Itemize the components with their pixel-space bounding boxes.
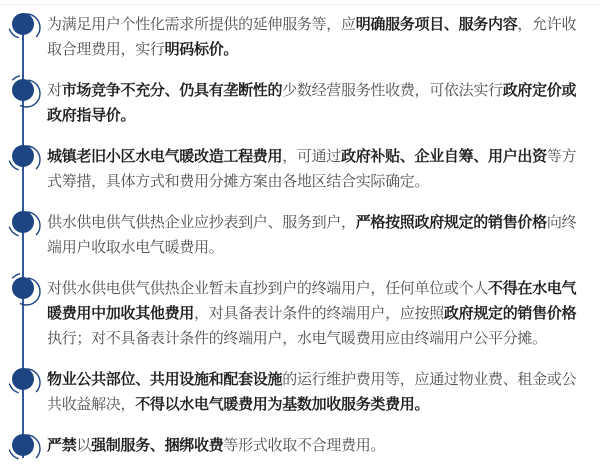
text-segment: ，对具备表计条件的终端用户，应按照 [194, 305, 444, 322]
bullet-dot-icon [7, 429, 47, 469]
timeline-item: 严禁以强制服务、捆绑收费等形式收取不合理费用。 [0, 433, 600, 458]
text-segment-bold: 城镇老旧小区水电气暖改造工程费用 [47, 148, 282, 165]
timeline-bullet [0, 144, 47, 169]
text-segment-bold: 物业公共部位、共用设施和配套设施 [47, 371, 282, 388]
item-text: 供水供电供气供热企业应抄表到户、服务到户，严格按照政府规定的销售价格向终端用户收… [47, 210, 600, 260]
timeline-item: 对市场竞争不充分、仍具有垄断性的少数经营服务性收费，可依法实行政府定价或政府指导… [0, 78, 600, 128]
text-segment: 对供水供电供气供热企业暂未直抄到户的终端用户，任何单位或个人 [47, 280, 488, 297]
text-segment-bold: 不得以水电气暖费用为基数加收服务类费用。 [135, 396, 429, 413]
item-text: 对供水供电供气供热企业暂未直抄到户的终端用户，任何单位或个人不得在水电气暖费用中… [47, 276, 600, 351]
text-segment-bold: 明码标价。 [165, 41, 239, 58]
text-segment-bold: 明确服务项目、服务内容 [356, 16, 518, 33]
text-segment: 以 [76, 437, 91, 454]
text-segment: 为满足用户个性化需求所提供的延伸服务等，应 [47, 16, 356, 33]
timeline-bullet [0, 433, 47, 458]
bullet-dot-icon [7, 363, 47, 403]
top-divider [0, 4, 600, 5]
text-segment-bold: 政府规定的销售价格 [444, 305, 576, 322]
timeline-bullet [0, 276, 47, 301]
item-text: 对市场竞争不充分、仍具有垄断性的少数经营服务性收费，可依法实行政府定价或政府指导… [47, 78, 600, 128]
timeline-bullet [0, 367, 47, 392]
bullet-dot-icon [7, 8, 47, 48]
text-segment: 执行；对不具备表计条件的终端用户，水电气暖费用应由终端用户公平分摊。 [47, 330, 547, 347]
text-segment: ，可通过 [282, 148, 341, 165]
bullet-dot-icon [7, 140, 47, 180]
policy-timeline-page: 为满足用户个性化需求所提供的延伸服务等，应明确服务项目、服务内容，允许收取合理费… [0, 0, 600, 475]
timeline-items: 为满足用户个性化需求所提供的延伸服务等，应明确服务项目、服务内容，允许收取合理费… [0, 12, 600, 458]
timeline-bullet [0, 78, 47, 103]
text-segment: 等形式收取不合理费用。 [223, 437, 385, 454]
item-text: 城镇老旧小区水电气暖改造工程费用，可通过政府补贴、企业自筹、用户出资等方式筹措，… [47, 144, 600, 194]
text-segment-bold: 严禁 [47, 437, 76, 454]
text-segment: 对 [47, 82, 62, 99]
text-segment-bold: 严格按照政府规定的销售价格 [356, 214, 547, 231]
timeline-item: 物业公共部位、共用设施和配套设施的运行维护费用等，应通过物业费、租金或公共收益解… [0, 367, 600, 417]
timeline-item: 对供水供电供气供热企业暂未直抄到户的终端用户，任何单位或个人不得在水电气暖费用中… [0, 276, 600, 351]
timeline-item: 城镇老旧小区水电气暖改造工程费用，可通过政府补贴、企业自筹、用户出资等方式筹措，… [0, 144, 600, 194]
item-text: 为满足用户个性化需求所提供的延伸服务等，应明确服务项目、服务内容，允许收取合理费… [47, 12, 600, 62]
timeline-bullet [0, 210, 47, 235]
text-segment: 少数经营服务性收费，可依法实行 [282, 82, 503, 99]
text-segment-bold: 市场竞争不充分、仍具有垄断性的 [62, 82, 283, 99]
text-segment-bold: 强制服务、捆绑收费 [91, 437, 223, 454]
timeline-item: 为满足用户个性化需求所提供的延伸服务等，应明确服务项目、服务内容，允许收取合理费… [0, 12, 600, 62]
text-segment-bold: 政府补贴、企业自筹、用户出资 [341, 148, 547, 165]
item-text: 严禁以强制服务、捆绑收费等形式收取不合理费用。 [47, 433, 600, 458]
timeline-item: 供水供电供气供热企业应抄表到户、服务到户，严格按照政府规定的销售价格向终端用户收… [0, 210, 600, 260]
bullet-dot-icon [7, 74, 47, 114]
bullet-dot-icon [7, 206, 47, 246]
item-text: 物业公共部位、共用设施和配套设施的运行维护费用等，应通过物业费、租金或公共收益解… [47, 367, 600, 417]
bullet-dot-icon [7, 272, 47, 312]
timeline-bullet [0, 12, 47, 37]
text-segment: 供水供电供气供热企业应抄表到户、服务到户， [47, 214, 356, 231]
